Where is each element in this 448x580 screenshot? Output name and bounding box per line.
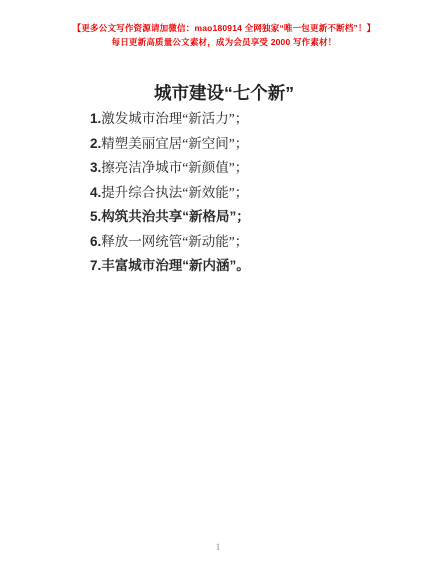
promo-line-2: 每日更新高质量公文素材，成为会员享受 2000 写作素材！ [0, 36, 448, 50]
item-text: 释放一网统管“新动能”； [101, 234, 248, 249]
list-item-2: 2.精塑美丽宜居“新空间”； [90, 132, 250, 157]
document-title: 城市建设“七个新” [0, 82, 448, 104]
item-number: 3. [90, 160, 101, 175]
page-number: 1 [0, 542, 436, 554]
item-number: 5. [90, 209, 101, 224]
item-number: 7. [90, 258, 101, 273]
item-number: 6. [90, 234, 101, 249]
list-item-3: 3.擦亮洁净城市“新颜值”； [90, 156, 250, 181]
item-text: 提升综合执法“新效能”； [101, 185, 248, 200]
item-text: 激发城市治理“新活力”； [101, 111, 248, 126]
item-text: 精塑美丽宜居“新空间”； [101, 136, 248, 151]
list-item-6: 6.释放一网统管“新动能”； [90, 230, 250, 255]
document-page: 【更多公文写作资源请加微信：mao180914 全网独家“唯一包更新不断档”！】… [0, 0, 448, 580]
promo-header: 【更多公文写作资源请加微信：mao180914 全网独家“唯一包更新不断档”！】… [0, 22, 448, 49]
list-item-4: 4.提升综合执法“新效能”； [90, 181, 250, 206]
item-text: 擦亮洁净城市“新颜值”； [101, 160, 248, 175]
item-number: 1. [90, 111, 101, 126]
item-number: 4. [90, 185, 101, 200]
item-text: 丰富城市治理“新内涵”。 [101, 258, 250, 273]
numbered-list: 1.激发城市治理“新活力”； 2.精塑美丽宜居“新空间”； 3.擦亮洁净城市“新… [90, 107, 250, 279]
list-item-5: 5.构筑共治共享“新格局”； [90, 205, 250, 230]
item-number: 2. [90, 136, 101, 151]
list-item-1: 1.激发城市治理“新活力”； [90, 107, 250, 132]
item-text: 构筑共治共享“新格局”； [101, 209, 250, 224]
promo-line-1: 【更多公文写作资源请加微信：mao180914 全网独家“唯一包更新不断档”！】 [0, 22, 448, 36]
list-item-7: 7.丰富城市治理“新内涵”。 [90, 254, 250, 279]
